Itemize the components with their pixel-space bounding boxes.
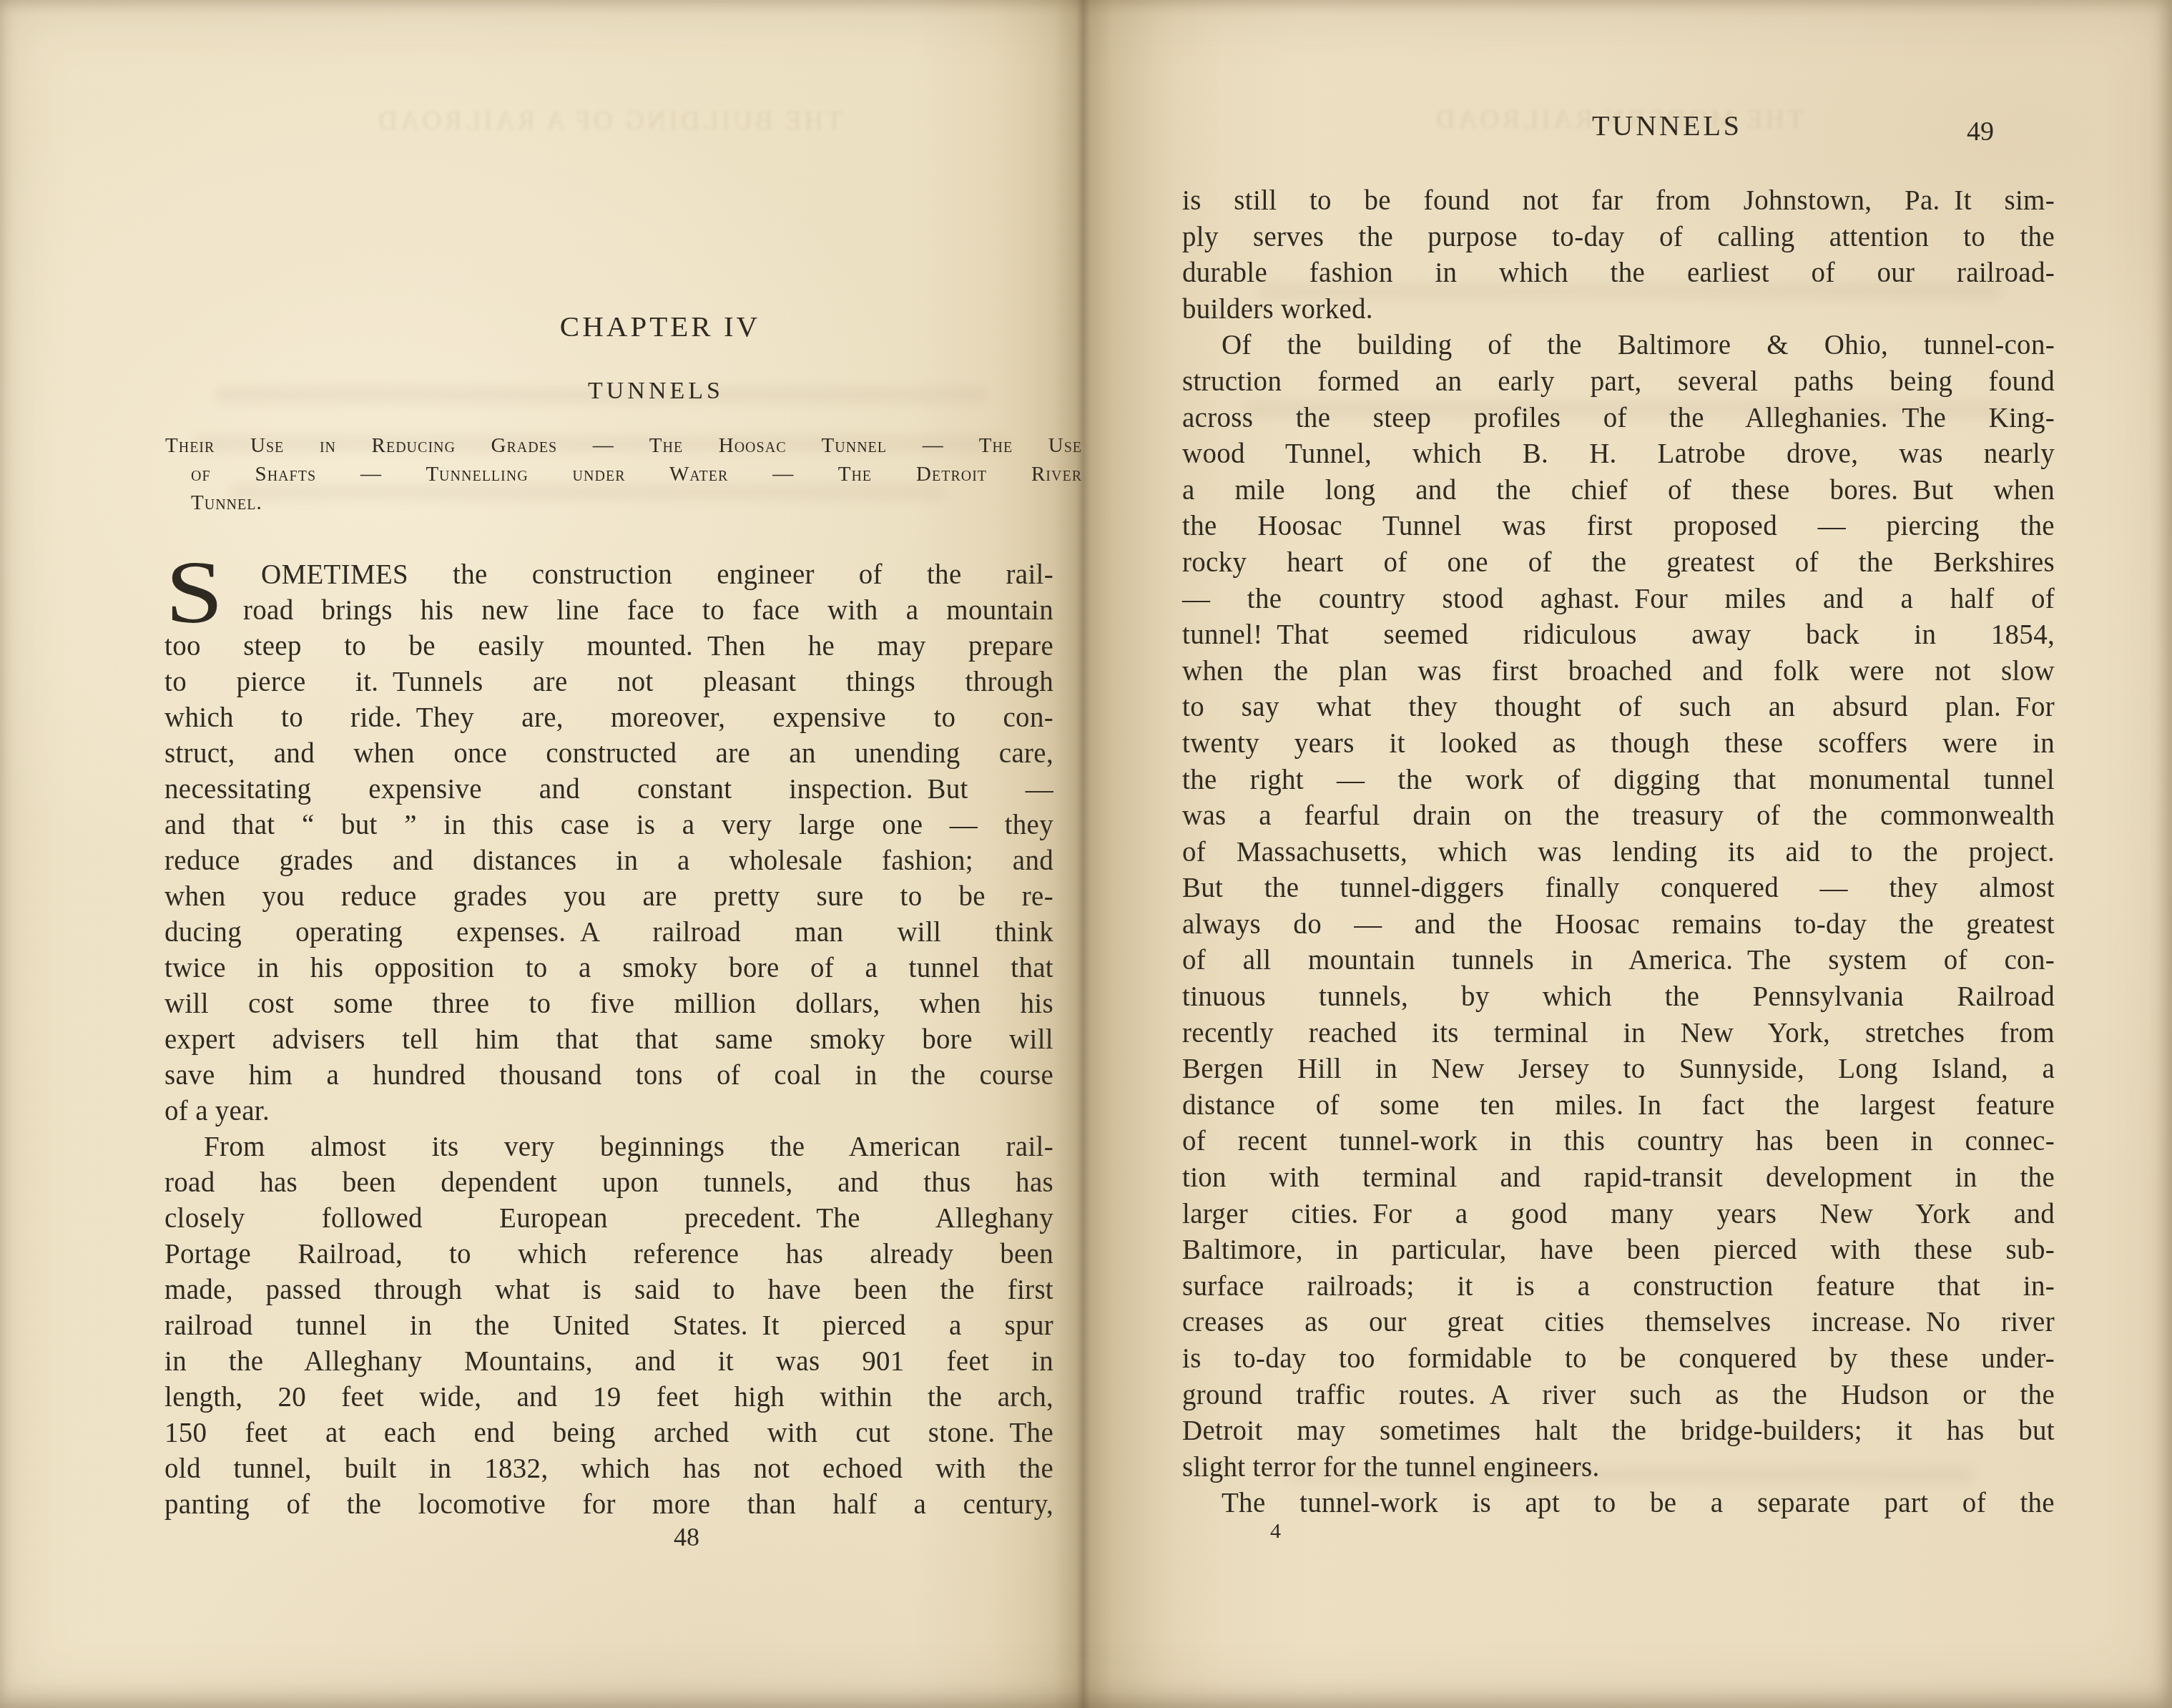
- text-line: surface railroads; it is a construction …: [1182, 1269, 2055, 1305]
- text-line: struction formed an early part, several …: [1182, 364, 2055, 401]
- text-line: Of the building of the Baltimore & Ohio,…: [1182, 328, 2055, 364]
- text-line: to say what they thought of such an absu…: [1182, 689, 2055, 726]
- text-line: ducing operating expenses. A railroad ma…: [164, 915, 1053, 951]
- text-line: closely followed European precedent. The…: [164, 1201, 1053, 1237]
- text-line: across the steep profiles of the Allegha…: [1182, 401, 2055, 437]
- text-line: Baltimore, in particular, have been pier…: [1182, 1232, 2055, 1269]
- text-line: Portage Railroad, to which reference has…: [164, 1237, 1053, 1272]
- text-line: recently reached its terminal in New Yor…: [1182, 1016, 2055, 1052]
- text-line: ground traffic routes. A river such as t…: [1182, 1378, 2055, 1414]
- text-line: ply serves the purpose to-day of calling…: [1182, 220, 2055, 256]
- text-line: a mile long and the chief of these bores…: [1182, 473, 2055, 509]
- text-line: old tunnel, built in 1832, which has not…: [164, 1451, 1053, 1487]
- text-line: the Hoosac Tunnel was first proposed — p…: [1182, 509, 2055, 545]
- body-text-right: is still to be found not far from Johnst…: [1182, 183, 2055, 1522]
- text-line: creases as our great cities themselves i…: [1182, 1305, 2055, 1341]
- text-line: tion with terminal and rapid-transit dev…: [1182, 1160, 2055, 1197]
- text-line: when you reduce grades you are pretty su…: [164, 879, 1053, 915]
- text-line: road has been dependent upon tunnels, an…: [164, 1165, 1053, 1201]
- text-line: of Shafts — Tunnelling under Water — The…: [165, 460, 1082, 489]
- text-line: reduce grades and distances in a wholesa…: [164, 843, 1053, 879]
- text-line: The tunnel-work is apt to be a separate …: [1182, 1486, 2055, 1522]
- text-line: tunnel! That seemed ridiculous away back…: [1182, 617, 2055, 654]
- text-line: wood Tunnel, which B. H. Latrobe drove, …: [1182, 436, 2055, 473]
- text-line: struct, and when once constructed are an…: [164, 736, 1053, 772]
- text-line: length, 20 feet wide, and 19 feet high w…: [164, 1380, 1053, 1415]
- text-line: of a year.: [164, 1094, 1053, 1129]
- signature-mark: 4: [1270, 1519, 1281, 1543]
- text-line: OMETIMES the construction engineer of th…: [164, 557, 1053, 593]
- text-line: Their Use in Reducing Grades — The Hoosa…: [165, 431, 1082, 460]
- text-line: of recent tunnel-work in this country ha…: [1182, 1124, 2055, 1160]
- text-line: will cost some three to five million dol…: [164, 986, 1053, 1022]
- body-text-left: OMETIMES the construction engineer of th…: [164, 557, 1053, 1523]
- text-line: tinuous tunnels, by which the Pennsylvan…: [1182, 979, 2055, 1016]
- text-line: But the tunnel-diggers finally conquered…: [1182, 870, 2055, 907]
- text-line: the right — the work of digging that mon…: [1182, 762, 2055, 799]
- text-line: Bergen Hill in New Jersey to Sunnyside, …: [1182, 1051, 2055, 1088]
- text-line: distance of some ten miles. In fact the …: [1182, 1088, 2055, 1124]
- text-line: railroad tunnel in the United States. It…: [164, 1308, 1053, 1344]
- text-line: twice in his opposition to a smoky bore …: [164, 951, 1053, 986]
- text-line: was a fearful drain on the treasury of t…: [1182, 798, 2055, 835]
- text-line: expert advisers tell him that that same …: [164, 1022, 1053, 1058]
- text-line: necessitating expensive and constant ins…: [164, 772, 1053, 808]
- text-line: slight terror for the tunnel engineers.: [1182, 1450, 2055, 1486]
- text-line: save him a hundred thousand tons of coal…: [164, 1058, 1053, 1094]
- text-line: Tunnel.: [165, 489, 1082, 517]
- text-line: 150 feet at each end being arched with c…: [164, 1415, 1053, 1451]
- text-line: when the plan was first broached and fol…: [1182, 654, 2055, 690]
- page-number-right: 49: [1967, 116, 1994, 147]
- text-line: From almost its very beginnings the Amer…: [164, 1129, 1053, 1165]
- text-line: is still to be found not far from Johnst…: [1182, 183, 2055, 220]
- text-line: always do — and the Hoosac remains to-da…: [1182, 907, 2055, 943]
- text-line: too steep to be easily mounted. Then he …: [164, 629, 1053, 664]
- text-line: road brings his new line face to face wi…: [164, 593, 1053, 629]
- chapter-heading: CHAPTER IV: [215, 309, 1106, 343]
- text-line: Detroit may sometimes halt the bridge-bu…: [1182, 1413, 2055, 1450]
- text-line: made, passed through what is said to hav…: [164, 1272, 1053, 1308]
- book-spread: THE BUILDING OF A RAILROAD THE MODERN RA…: [0, 0, 2172, 1708]
- text-line: larger cities. For a good many years New…: [1182, 1197, 2055, 1233]
- text-line: — the country stood aghast. Four miles a…: [1182, 581, 2055, 618]
- text-line: builders worked.: [1182, 292, 2055, 328]
- text-line: and that “ but ” in this case is a very …: [164, 808, 1053, 843]
- text-line: durable fashion in which the earliest of…: [1182, 255, 2055, 292]
- text-line: panting of the locomotive for more than …: [164, 1487, 1053, 1523]
- text-line: of Massachusetts, which was lending its …: [1182, 835, 2055, 871]
- text-line: twenty years it looked as though these s…: [1182, 726, 2055, 762]
- text-line: in the Alleghany Mountains, and it was 9…: [164, 1344, 1053, 1380]
- text-line: which to ride. They are, moreover, expen…: [164, 700, 1053, 736]
- text-line: rocky heart of one of the greatest of th…: [1182, 545, 2055, 581]
- text-line: to pierce it. Tunnels are not pleasant t…: [164, 664, 1053, 700]
- page-number-left: 48: [644, 1522, 729, 1552]
- text-line: is to-day too formidable to be conquered…: [1182, 1341, 2055, 1378]
- chapter-subject: TUNNELS: [210, 378, 1101, 405]
- chapter-summary: Their Use in Reducing Grades — The Hoosa…: [165, 431, 1082, 517]
- text-line: of all mountain tunnels in America. The …: [1182, 943, 2055, 979]
